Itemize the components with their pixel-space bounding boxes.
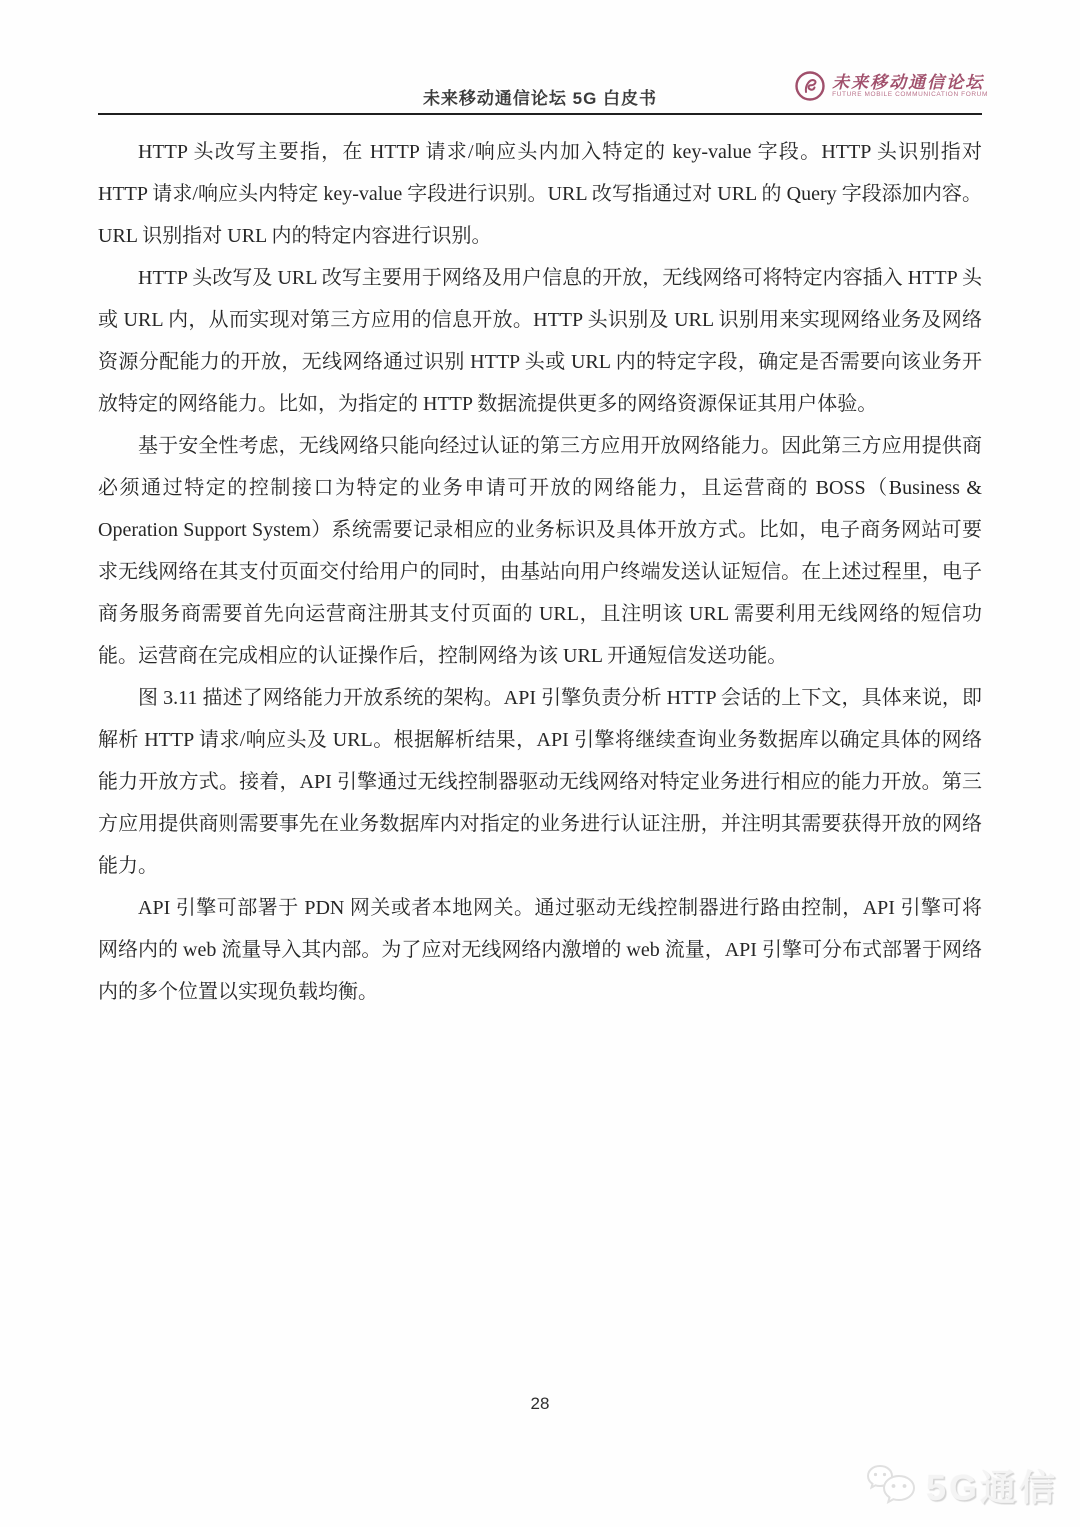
paragraph-api-engine-deploy: API 引擎可部署于 PDN 网关或者本地网关。通过驱动无线控制器进行路由控制，… — [98, 887, 982, 1013]
watermark: 5G通信 — [866, 1460, 1058, 1511]
document-page: 未来移动通信论坛 5G 白皮书 未来移动通信论坛 FUTURE MOBILE C… — [0, 0, 1080, 1527]
wechat-icon — [866, 1463, 918, 1509]
paragraph-http-url-open: HTTP 头改写及 URL 改写主要用于网络及用户信息的开放，无线网络可将特定内… — [98, 257, 982, 425]
watermark-text: 5G通信 — [926, 1460, 1058, 1511]
paragraph-http-rewrite: HTTP 头改写主要指，在 HTTP 请求/响应头内加入特定的 key-valu… — [98, 131, 982, 257]
header-divider — [98, 113, 982, 115]
forum-logo-text: 未来移动通信论坛 FUTURE MOBILE COMMUNICATION FOR… — [832, 74, 988, 99]
paragraph-security-boss: 基于安全性考虑，无线网络只能向经过认证的第三方应用开放网络能力。因此第三方应用提… — [98, 425, 982, 677]
forum-logo-name: 未来移动通信论坛 — [832, 74, 988, 92]
document-body: HTTP 头改写主要指，在 HTTP 请求/响应头内加入特定的 key-valu… — [98, 131, 982, 1013]
forum-logo-subtitle: FUTURE MOBILE COMMUNICATION FORUM — [832, 92, 988, 99]
paragraph-fig311-architecture: 图 3.11 描述了网络能力开放系统的架构。API 引擎负责分析 HTTP 会话… — [98, 677, 982, 887]
page-number: 28 — [0, 1394, 1080, 1414]
forum-logo: 未来移动通信论坛 FUTURE MOBILE COMMUNICATION FOR… — [794, 70, 988, 102]
forum-emblem-icon — [794, 70, 826, 102]
